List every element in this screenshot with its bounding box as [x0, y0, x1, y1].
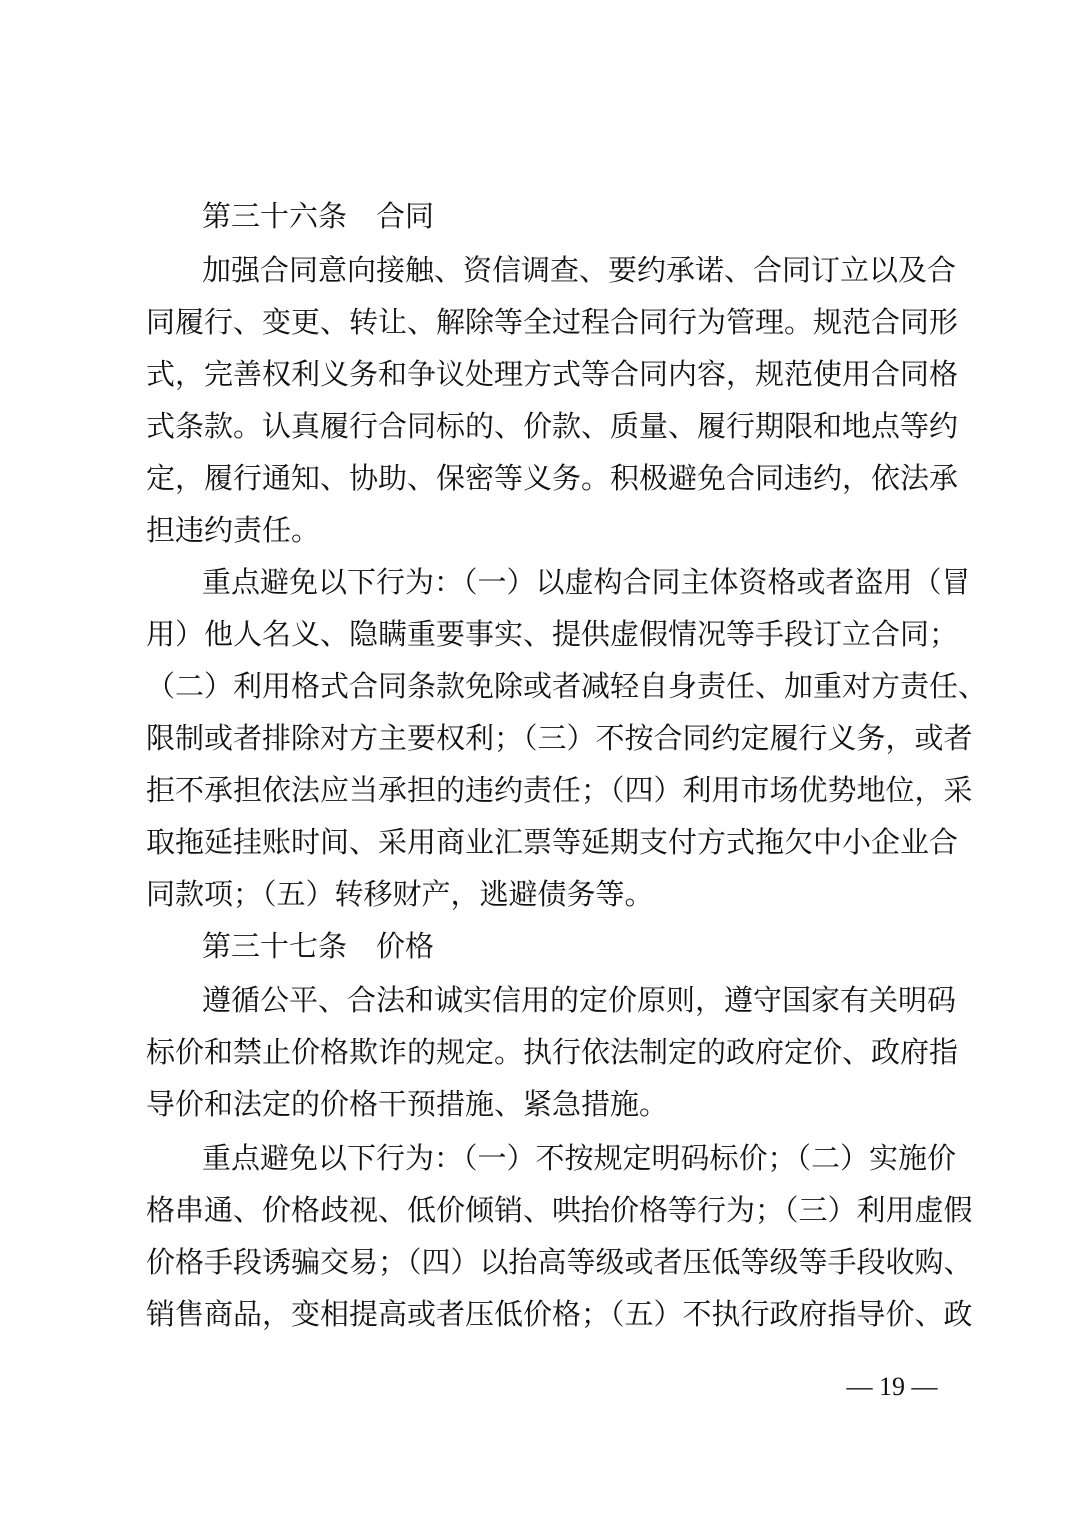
text-line: 重点避免以下行为：（一）不按规定明码标价；（二）实施价: [202, 1138, 942, 1178]
text-line: 格串通、价格歧视、低价倾销、哄抬价格等行为；（三）利用虚假: [146, 1190, 942, 1230]
text-line: 重点避免以下行为：（一）以虚构合同主体资格或者盗用（冒: [202, 562, 942, 602]
text-line: 加强合同意向接触、资信调查、要约承诺、合同订立以及合: [202, 250, 942, 290]
text-line: （二）利用格式合同条款免除或者减轻自身责任、加重对方责任、: [146, 666, 942, 706]
text-line: 拒不承担依法应当承担的违约责任；（四）利用市场优势地位，采: [146, 770, 942, 810]
text-line: 定，履行通知、协助、保密等义务。积极避免合同违约，依法承: [146, 458, 942, 498]
text-line: 价格手段诱骗交易；（四）以抬高等级或者压低等级等手段收购、: [146, 1242, 942, 1282]
text-line: 导价和法定的价格干预措施、紧急措施。: [146, 1084, 942, 1124]
article-heading: 第三十六条 合同: [202, 196, 942, 236]
text-line: 遵循公平、合法和诚实信用的定价原则，遵守国家有关明码: [202, 980, 942, 1020]
text-line: 同款项；（五）转移财产，逃避债务等。: [146, 874, 942, 914]
text-line: 限制或者排除对方主要权利；（三）不按合同约定履行义务，或者: [146, 718, 942, 758]
document-page: 第三十六条 合同加强合同意向接触、资信调查、要约承诺、合同订立以及合同履行、变更…: [0, 0, 1074, 1520]
text-line: 式条款。认真履行合同标的、价款、质量、履行期限和地点等约: [146, 406, 942, 446]
page-number: — 19 —: [842, 1372, 942, 1402]
text-line: 用）他人名义、隐瞒重要事实、提供虚假情况等手段订立合同；: [146, 614, 942, 654]
text-line: 式，完善权利义务和争议处理方式等合同内容，规范使用合同格: [146, 354, 942, 394]
text-line: 销售商品，变相提高或者压低价格；（五）不执行政府指导价、政: [146, 1294, 942, 1334]
text-line: 标价和禁止价格欺诈的规定。执行依法制定的政府定价、政府指: [146, 1032, 942, 1072]
article-heading: 第三十七条 价格: [202, 926, 942, 966]
text-line: 同履行、变更、转让、解除等全过程合同行为管理。规范合同形: [146, 302, 942, 342]
text-line: 担违约责任。: [146, 510, 942, 550]
text-line: 取拖延挂账时间、采用商业汇票等延期支付方式拖欠中小企业合: [146, 822, 942, 862]
